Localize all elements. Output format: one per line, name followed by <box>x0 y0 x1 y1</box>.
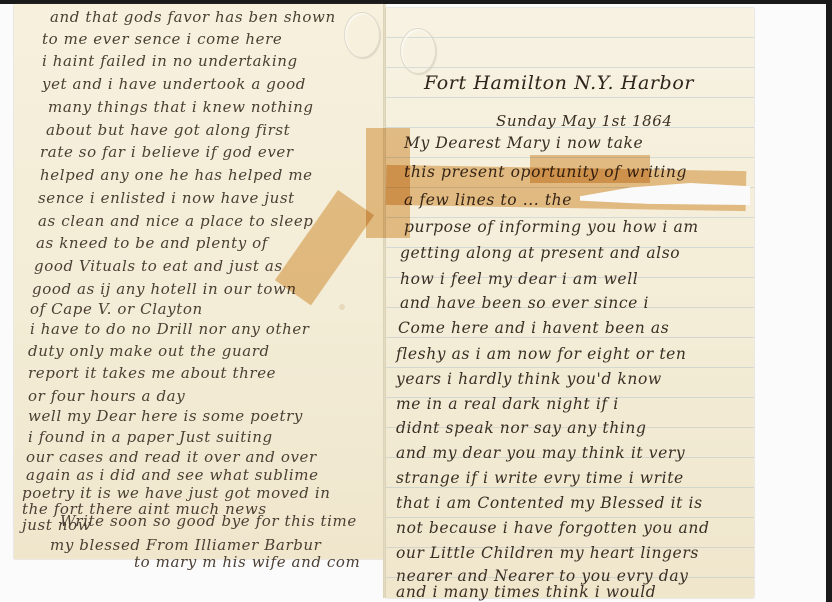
letter-addressee: to mary m his wife and com <box>134 553 360 571</box>
letter-line: yet and i have undertook a good <box>42 75 306 93</box>
letter-line: or four hours a day <box>28 387 185 405</box>
letter-line: didnt speak nor say any thing <box>396 419 646 437</box>
letter-line: rate so far i believe if god ever <box>40 143 294 161</box>
letter-line: and my dear you may think it very <box>396 444 685 462</box>
letter-line: i haint failed in no undertaking <box>42 52 298 70</box>
letter-line: and i many times think i would <box>396 583 656 601</box>
letter-line: not because i have forgotten you and <box>396 519 710 537</box>
letter-line: and have been so ever since i <box>400 294 649 312</box>
letter-line: that i am Contented my Blessed it is <box>396 494 703 512</box>
letter-closing: Write soon so good bye for this time <box>60 512 357 530</box>
tape-repair-patch <box>530 155 650 183</box>
letter-line: Come here and i havent been as <box>398 319 669 337</box>
letter-line: report it takes me about three <box>28 364 276 382</box>
letter-line: helped any one he has helped me <box>40 166 313 184</box>
letter-line: of Cape V. or Clayton <box>30 300 203 318</box>
letter-line: and that gods favor has ben shown <box>50 8 336 26</box>
letter-line: to me ever sence i come here <box>42 30 282 48</box>
letter-date: Sunday May 1st 1864 <box>496 112 673 130</box>
letter-line: good Vituals to eat and just as <box>34 257 283 275</box>
letter-line: as kneed to be and plenty of <box>36 234 268 252</box>
letter-line: me in a real dark night if i <box>396 395 619 413</box>
letter-line: sence i enlisted i now have just <box>38 189 295 207</box>
letter-line: purpose of informing you how i am <box>404 218 699 236</box>
letter-line: getting along at present and also <box>400 244 680 262</box>
letter-line: again as i did and see what sublime <box>26 466 319 484</box>
letter-line: our Little Children my heart lingers <box>396 544 699 562</box>
ink-spot <box>339 304 345 310</box>
scan-right-border <box>826 0 832 602</box>
letter-line: good as ij any hotell in our town <box>32 280 297 298</box>
letter-page-right: Fort Hamilton N.Y. Harbor Sunday May 1st… <box>386 8 754 598</box>
letter-page-left: and that gods favor has ben shown to me … <box>14 4 384 559</box>
letter-line: years i hardly think you'd know <box>396 370 662 388</box>
letter-line: well my Dear here is some poetry <box>28 407 303 425</box>
letter-line: our cases and read it over and over <box>26 448 317 466</box>
letter-signature: my blessed From Illiamer Barbur <box>50 536 321 554</box>
embossed-seal-mark <box>400 28 436 74</box>
letter-line: fleshy as i am now for eight or ten <box>396 345 687 363</box>
letter-line: i have to do no Drill nor any other <box>30 320 310 338</box>
embossed-seal-mark <box>344 12 380 58</box>
letter-line: My Dearest Mary i now take <box>404 134 643 152</box>
letter-line: how i feel my dear i am well <box>400 270 638 288</box>
letter-heading-location: Fort Hamilton N.Y. Harbor <box>424 72 694 94</box>
letter-line: as clean and nice a place to sleep <box>38 212 314 230</box>
letter-line: about but have got along first <box>46 121 290 139</box>
letter-line: strange if i write evry time i write <box>396 469 684 487</box>
letter-line: duty only make out the guard <box>28 342 270 360</box>
letter-line: i found in a paper Just suiting <box>28 428 273 446</box>
letter-line: many things that i knew nothing <box>48 98 314 116</box>
